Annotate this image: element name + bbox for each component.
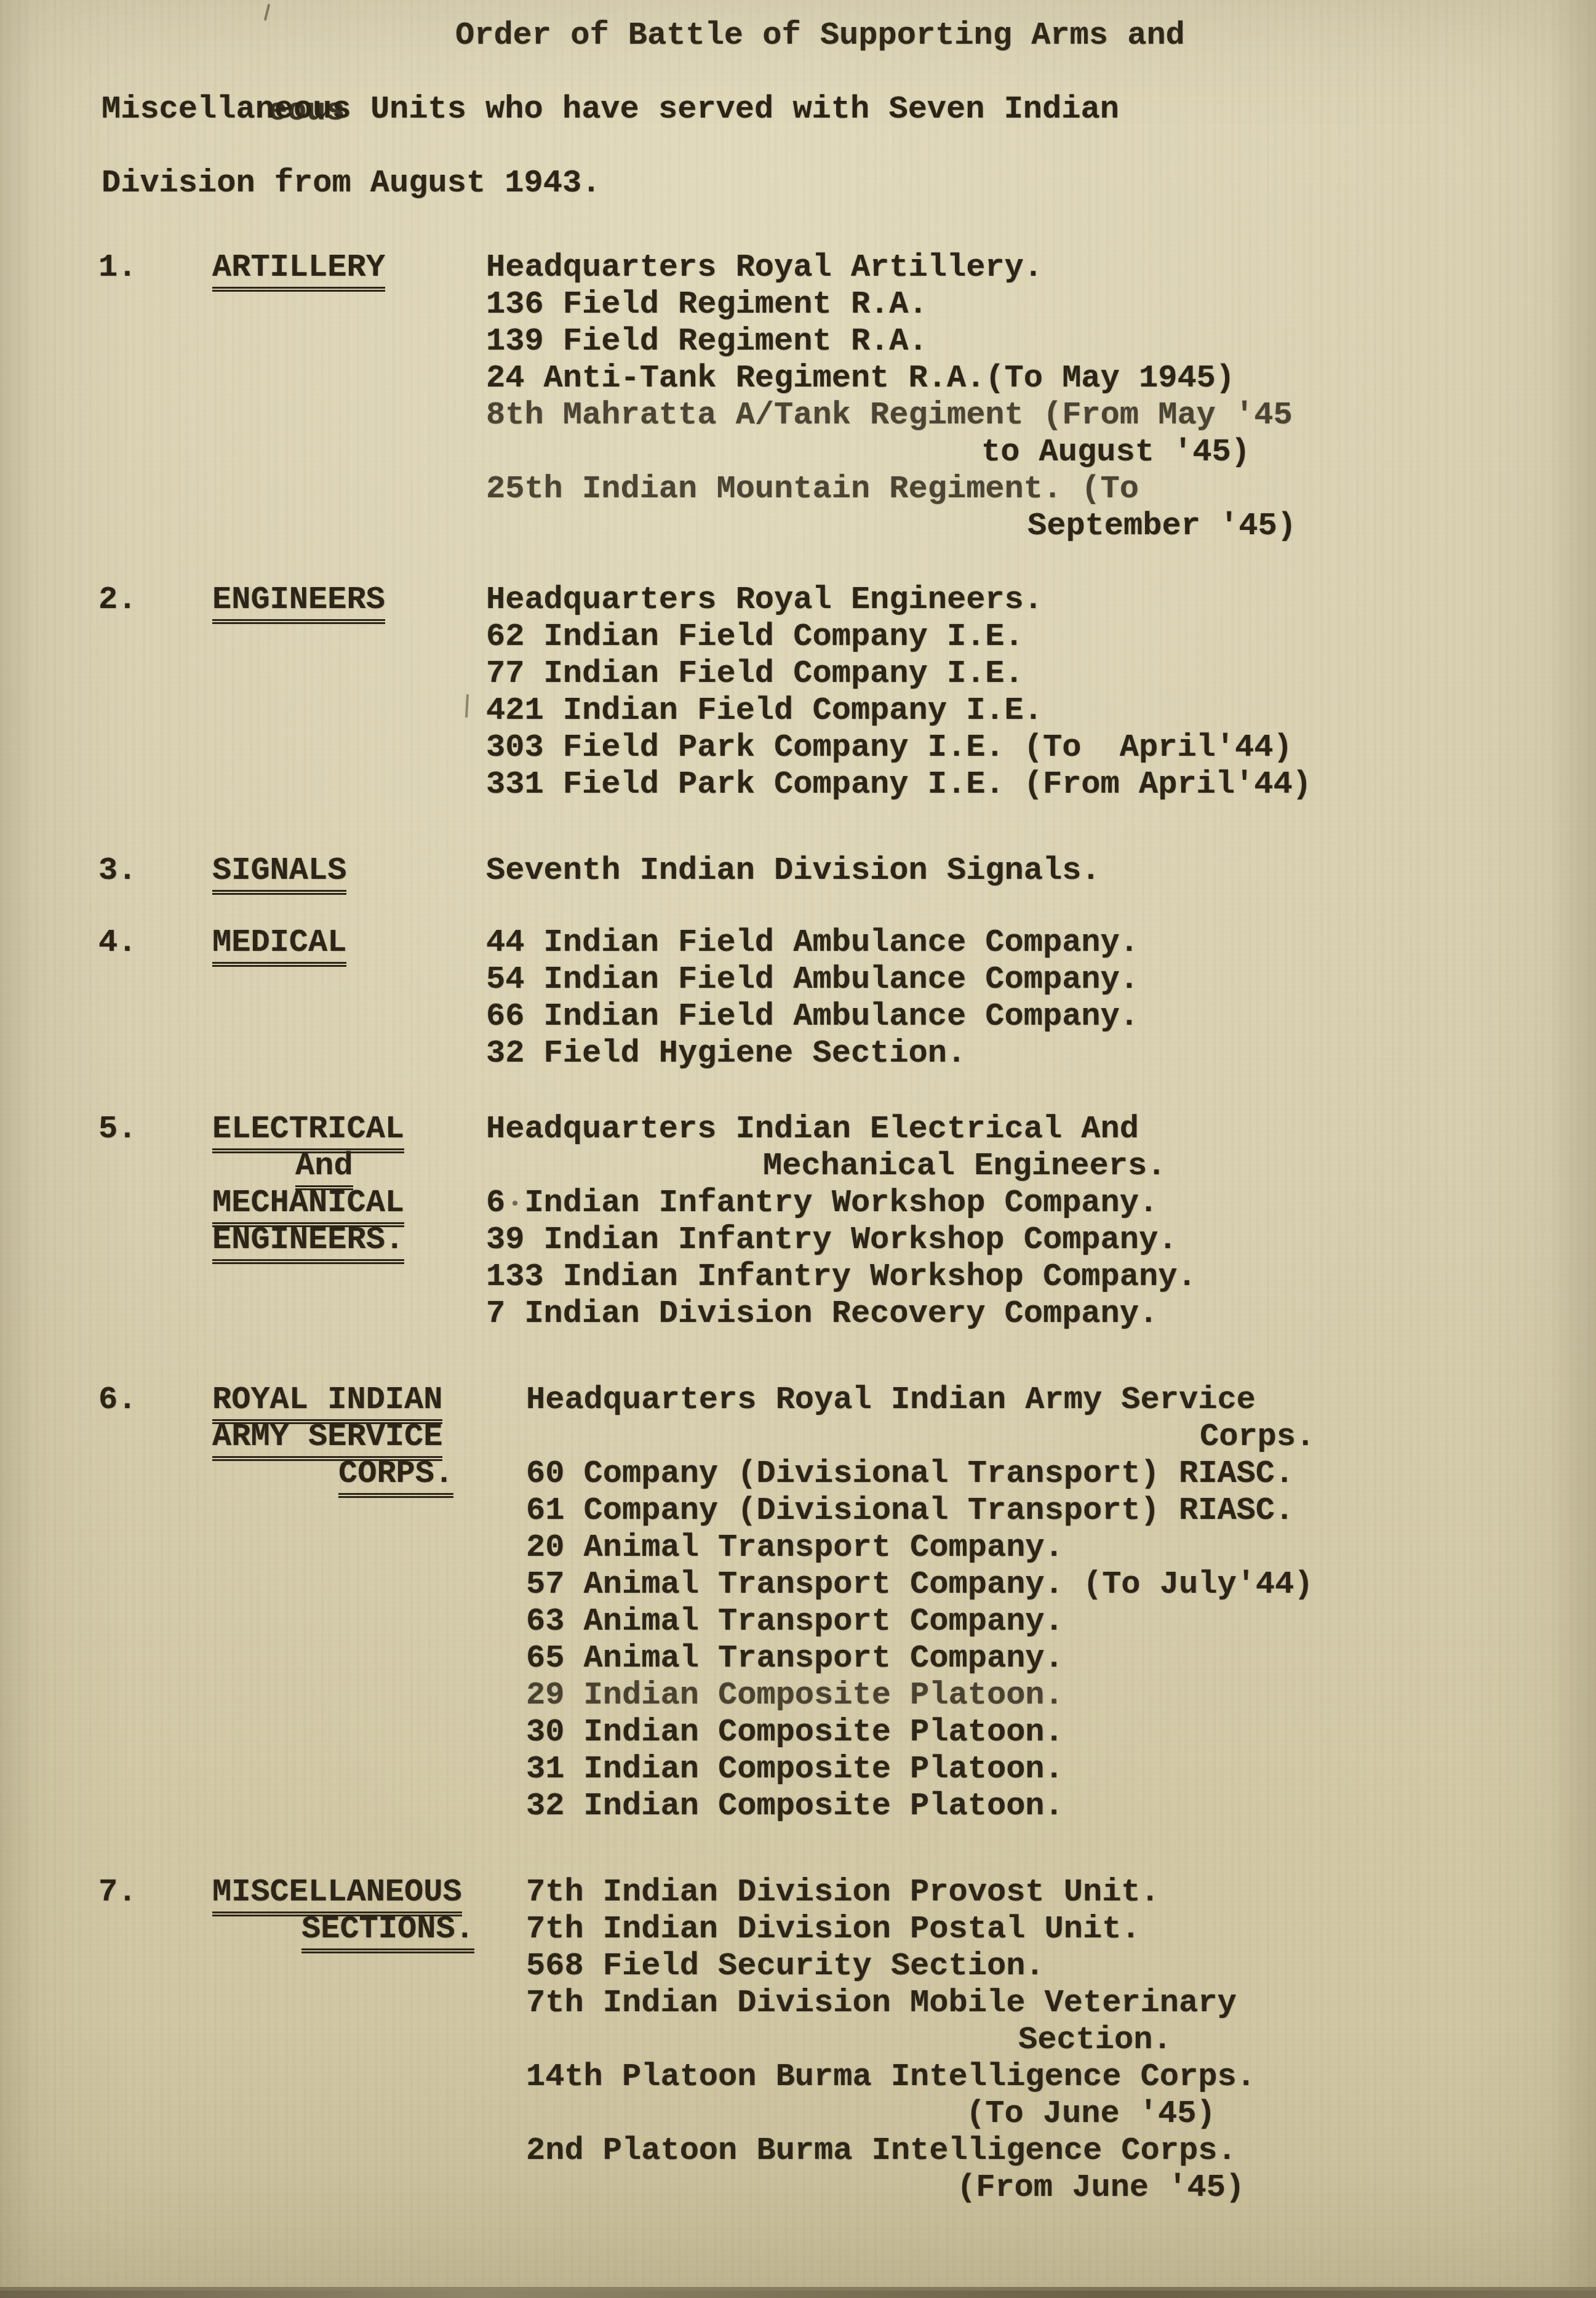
unit-line: 25th Indian Mountain Regiment. (To bbox=[486, 471, 1296, 508]
section-label-text: ENGINEERS. bbox=[212, 1222, 404, 1264]
section-label-text: CORPS. bbox=[338, 1455, 453, 1498]
title-line-1: Order of Battle of Supporting Arms and bbox=[455, 17, 1185, 54]
section-label-signals: SIGNALS bbox=[212, 852, 346, 889]
section-label-text: ELECTRICAL bbox=[212, 1111, 404, 1153]
section-label-text: ROYAL INDIAN bbox=[212, 1382, 442, 1424]
unit-line: 24 Anti-Tank Regiment R.A.(To May 1945) bbox=[486, 360, 1296, 397]
section-units-misc: 7th Indian Division Provost Unit. 7th In… bbox=[526, 1874, 1256, 2206]
section-number-medical: 4. bbox=[98, 924, 178, 961]
unit-line-continuation: Mechanical Engineers. bbox=[486, 1148, 1197, 1185]
title-line-2-post: Units who have served with Seven Indian bbox=[351, 91, 1119, 127]
unit-line: 20 Animal Transport Company. bbox=[526, 1529, 1315, 1566]
section-number-riasc: 6. bbox=[98, 1382, 178, 1418]
unit-line: 14th Platoon Burma Intelligence Corps. bbox=[526, 2059, 1256, 2096]
unit-line: 421 Indian Field Company I.E. bbox=[486, 692, 1312, 729]
unit-line: 6 Indian Infantry Workshop Company. bbox=[486, 1185, 1197, 1222]
section-label-artillery: ARTILLERY bbox=[212, 249, 385, 286]
unit-line: 65 Animal Transport Company. bbox=[526, 1640, 1315, 1677]
unit-line: Headquarters Royal Artillery. bbox=[486, 249, 1296, 286]
unit-line: 60 Company (Divisional Transport) RIASC. bbox=[526, 1455, 1315, 1492]
section-label-text: And bbox=[295, 1148, 353, 1190]
document-page: Order of Battle of Supporting Arms and M… bbox=[0, 0, 1596, 2298]
unit-line: Seventh Indian Division Signals. bbox=[486, 852, 1101, 889]
unit-line: Headquarters Royal Engineers. bbox=[486, 582, 1312, 619]
unit-line-continuation: Section. bbox=[526, 2022, 1256, 2059]
unit-line: 7th Indian Division Mobile Veterinary bbox=[526, 1985, 1256, 2022]
unit-line: 2nd Platoon Burma Intelligence Corps. bbox=[526, 2132, 1256, 2169]
section-number-eme: 5. bbox=[98, 1111, 178, 1147]
section-units-medical: 44 Indian Field Ambulance Company. 54 In… bbox=[486, 924, 1139, 1072]
section-label-riasc: ROYAL INDIAN ARMY SERVICE CORPS. bbox=[212, 1382, 453, 1492]
title-line-3: Division from August 1943. bbox=[102, 165, 600, 201]
unit-line: 61 Company (Divisional Transport) RIASC. bbox=[526, 1492, 1315, 1529]
section-number-artillery: 1. bbox=[98, 249, 178, 286]
unit-line: 8th Mahratta A/Tank Regiment (From May '… bbox=[486, 397, 1296, 434]
section-label-misc: MISCELLANEOUS SECTIONS. bbox=[212, 1874, 474, 1948]
title-line-2-pre: Miscellan bbox=[102, 91, 274, 127]
section-label-text: MEDICAL bbox=[212, 924, 346, 967]
unit-line-continuation: September '45) bbox=[486, 508, 1296, 545]
unit-line: 331 Field Park Company I.E. (From April'… bbox=[486, 766, 1312, 803]
section-label-text: MISCELLANEOUS bbox=[212, 1874, 462, 1916]
unit-line: 30 Indian Composite Platoon. bbox=[526, 1714, 1315, 1751]
unit-line: Headquarters Indian Electrical And bbox=[486, 1111, 1197, 1148]
section-units-engineers: Headquarters Royal Engineers. 62 Indian … bbox=[486, 582, 1312, 803]
ink-speck bbox=[465, 694, 469, 718]
section-units-artillery: Headquarters Royal Artillery. 136 Field … bbox=[486, 249, 1296, 545]
section-number-misc: 7. bbox=[98, 1874, 178, 1910]
section-label-text: ENGINEERS bbox=[212, 582, 385, 624]
unit-line: 136 Field Regiment R.A. bbox=[486, 286, 1296, 323]
unit-line: 7 Indian Division Recovery Company. bbox=[486, 1295, 1197, 1332]
section-label-text: SECTIONS. bbox=[301, 1911, 474, 1953]
section-units-riasc: Headquarters Royal Indian Army Service C… bbox=[526, 1382, 1315, 1825]
unit-line-continuation: Corps. bbox=[526, 1419, 1315, 1455]
title-line-2: Miscellaneouseous Units who have served … bbox=[102, 91, 1119, 127]
unit-line: 568 Field Security Section. bbox=[526, 1948, 1256, 1985]
unit-line: 32 Field Hygiene Section. bbox=[486, 1035, 1139, 1072]
unit-line: 7th Indian Division Postal Unit. bbox=[526, 1911, 1256, 1948]
unit-line: 54 Indian Field Ambulance Company. bbox=[486, 961, 1139, 998]
unit-line: 39 Indian Infantry Workshop Company. bbox=[486, 1222, 1197, 1259]
unit-line: 57 Animal Transport Company. (To July'44… bbox=[526, 1566, 1315, 1603]
unit-line: Headquarters Royal Indian Army Service bbox=[526, 1382, 1315, 1419]
unit-line-continuation: (To June '45) bbox=[526, 2096, 1256, 2132]
title-overtype-layer2: eous bbox=[268, 93, 345, 129]
unit-line: 7th Indian Division Provost Unit. bbox=[526, 1874, 1256, 1911]
unit-line: 303 Field Park Company I.E. (To April'44… bbox=[486, 729, 1312, 766]
section-label-medical: MEDICAL bbox=[212, 924, 346, 961]
unit-line: 139 Field Regiment R.A. bbox=[486, 323, 1296, 360]
section-label-text: MECHANICAL bbox=[212, 1185, 404, 1227]
unit-line: 66 Indian Field Ambulance Company. bbox=[486, 998, 1139, 1035]
section-label-text: ARTILLERY bbox=[212, 249, 385, 292]
unit-line: 63 Animal Transport Company. bbox=[526, 1603, 1315, 1640]
scan-bottom-edge bbox=[0, 2287, 1596, 2298]
section-units-signals: Seventh Indian Division Signals. bbox=[486, 852, 1101, 889]
section-number-signals: 3. bbox=[98, 852, 178, 889]
unit-line: 29 Indian Composite Platoon. bbox=[526, 1677, 1315, 1714]
section-number-engineers: 2. bbox=[98, 582, 178, 618]
unit-line: 133 Indian Infantry Workshop Company. bbox=[486, 1259, 1197, 1295]
section-label-engineers: ENGINEERS bbox=[212, 582, 385, 619]
unit-line: 32 Indian Composite Platoon. bbox=[526, 1788, 1315, 1825]
unit-line: 62 Indian Field Company I.E. bbox=[486, 619, 1312, 655]
section-label-text: ARMY SERVICE bbox=[212, 1419, 442, 1461]
section-units-eme: Headquarters Indian Electrical And Mecha… bbox=[486, 1111, 1197, 1332]
ink-speck bbox=[264, 4, 271, 21]
unit-line: 44 Indian Field Ambulance Company. bbox=[486, 924, 1139, 961]
section-label-eme: ELECTRICAL And MECHANICAL ENGINEERS. bbox=[212, 1111, 404, 1259]
unit-line: 31 Indian Composite Platoon. bbox=[526, 1751, 1315, 1788]
unit-line-continuation: (From June '45) bbox=[526, 2169, 1256, 2206]
title-overtype: eouseous bbox=[274, 91, 351, 127]
unit-line-continuation: to August '45) bbox=[486, 434, 1296, 471]
section-label-text: SIGNALS bbox=[212, 852, 346, 895]
unit-line: 77 Indian Field Company I.E. bbox=[486, 655, 1312, 692]
